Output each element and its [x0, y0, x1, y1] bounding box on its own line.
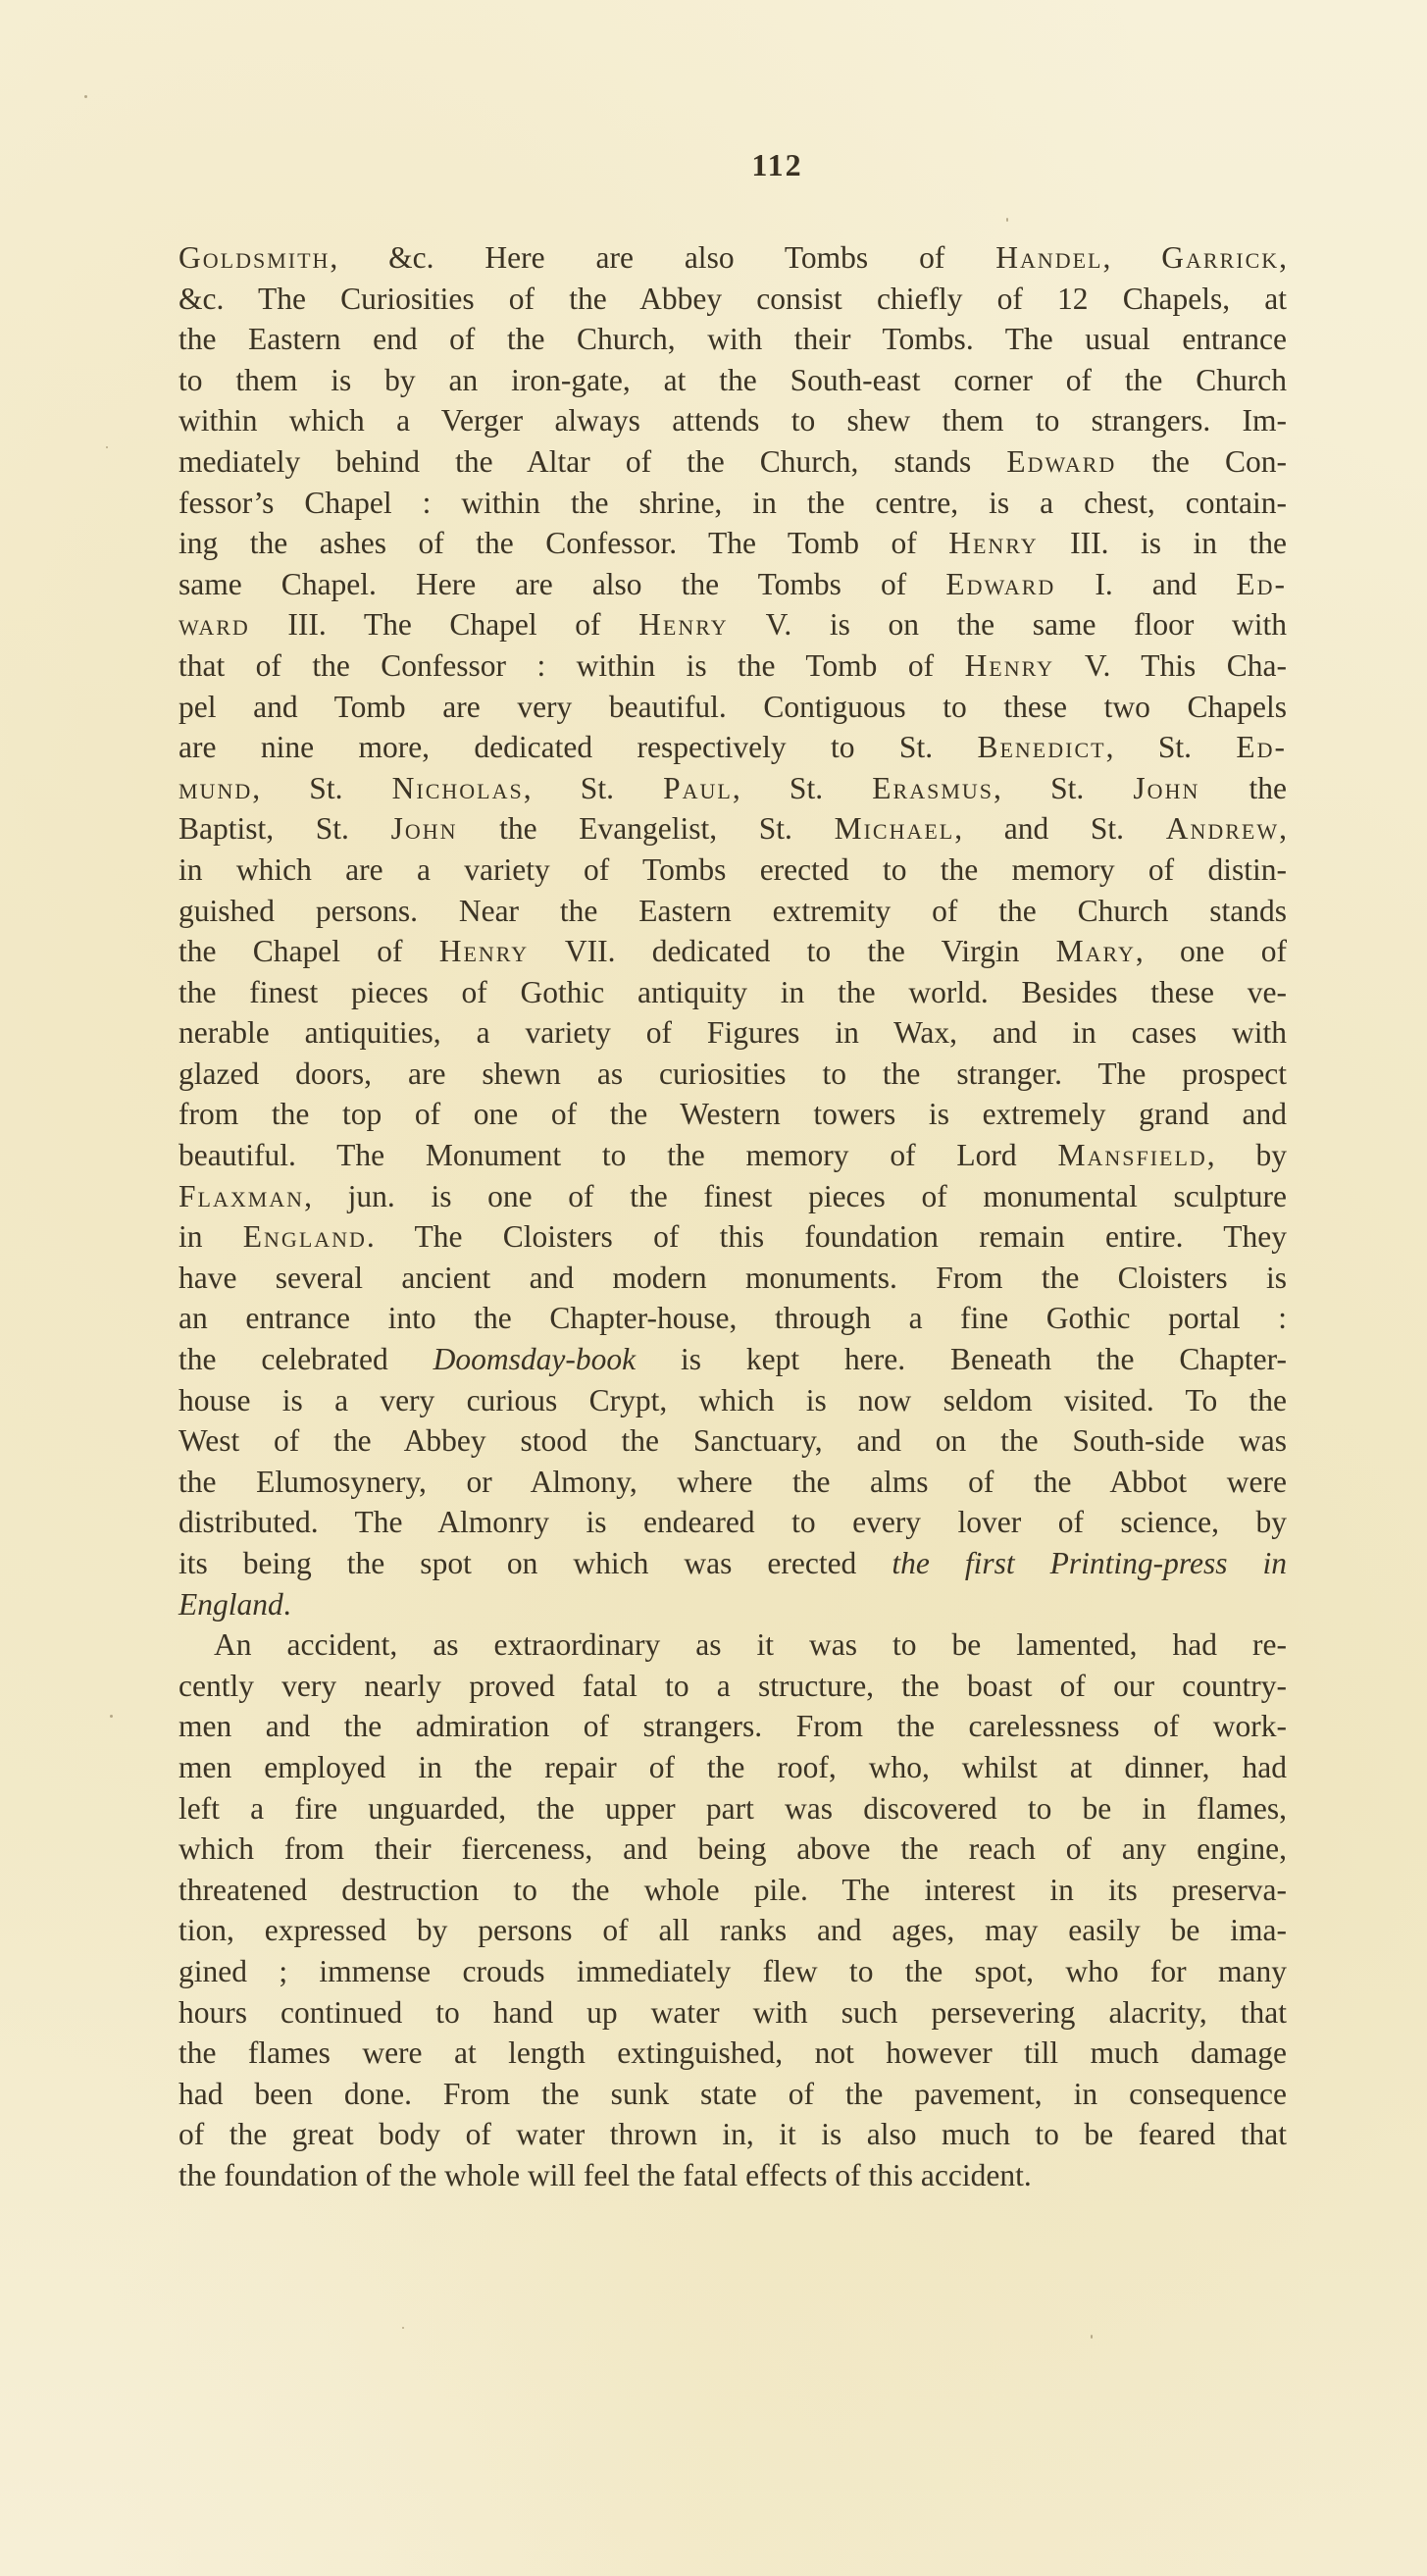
text-line: glazed doors, are shewn as curiosities t…	[178, 1054, 1287, 1095]
small-caps-name: ward	[178, 607, 250, 642]
small-caps-name: Goldsmith	[178, 240, 330, 275]
text-run: III. is in the	[1039, 526, 1287, 560]
text-line: ing the ashes of the Confessor. The Tomb…	[178, 523, 1287, 564]
small-caps-name: Paul	[663, 771, 733, 805]
text-run: mediately behind the Altar of the Church…	[178, 444, 1006, 479]
text-run: the Con-	[1116, 444, 1287, 479]
text-line: to them is by an iron-gate, at the South…	[178, 360, 1287, 401]
text-run: , and St.	[954, 811, 1165, 846]
text-line: house is a very curious Crypt, which is …	[178, 1380, 1287, 1421]
text-line: &c. The Curiosities of the Abbey consist…	[178, 279, 1287, 320]
text-line: which from their fierceness, and being a…	[178, 1829, 1287, 1870]
text-run: of the great body of water thrown in, it…	[178, 2117, 1287, 2151]
text-run: West of the Abbey stood the Sanctuary, a…	[178, 1423, 1287, 1458]
text-run: ,	[1103, 240, 1162, 275]
text-line: ward III. The Chapel of Henry V. is on t…	[178, 604, 1287, 645]
small-caps-name: Flaxman	[178, 1179, 304, 1213]
text-line: gined ; immense crouds immediately flew …	[178, 1951, 1287, 1992]
text-line: fessor’s Chapel : within the shrine, in …	[178, 483, 1287, 524]
text-line: threatened destruction to the whole pile…	[178, 1870, 1287, 1911]
small-caps-name: Henry	[948, 526, 1038, 560]
text-line: beautiful. The Monument to the memory of…	[178, 1135, 1287, 1176]
small-caps-name: Edward	[945, 567, 1055, 601]
italic-text: the first Printing-press in	[892, 1546, 1287, 1580]
text-line: in which are a variety of Tombs erected …	[178, 850, 1287, 891]
text-line: its being the spot on which was erected …	[178, 1543, 1287, 1584]
text-run: same Chapel. Here are also the Tombs of	[178, 567, 945, 601]
text-run: , one of	[1136, 934, 1287, 968]
text-run: the finest pieces of Gothic antiquity in…	[178, 975, 1287, 1009]
small-caps-name: Garrick	[1161, 240, 1279, 275]
text-run: . The Cloisters of this foundation remai…	[367, 1219, 1287, 1254]
text-run: , jun. is one of the finest pieces of mo…	[304, 1179, 1287, 1213]
text-run: men and the admiration of strangers. Fro…	[178, 1709, 1287, 1743]
small-caps-name: John	[391, 811, 458, 846]
text-line: in England. The Cloisters of this founda…	[178, 1216, 1287, 1258]
text-run: the	[1199, 771, 1287, 805]
text-run: hours continued to hand up water with su…	[178, 1995, 1287, 2030]
text-run: V. is on the same floor with	[729, 607, 1287, 642]
small-caps-name: Henry	[439, 934, 529, 968]
text-run: men employed in the repair of the roof, …	[178, 1750, 1287, 1784]
text-line: Flaxman, jun. is one of the finest piece…	[178, 1176, 1287, 1217]
text-run: is kept here. Beneath the Chapter-	[636, 1342, 1287, 1376]
text-run: in	[178, 1219, 243, 1254]
small-caps-name: England	[243, 1219, 367, 1254]
text-line: England.	[178, 1584, 1287, 1625]
text-line: have several ancient and modern monument…	[178, 1258, 1287, 1299]
text-run: its being the spot on which was erected	[178, 1546, 892, 1580]
text-run: within which a Verger always attends to …	[178, 403, 1287, 438]
text-run: from the top of one of the Western tower…	[178, 1097, 1287, 1131]
text-run: , by	[1207, 1138, 1287, 1172]
text-run: I. and	[1055, 567, 1236, 601]
small-caps-name: Mansfield	[1057, 1138, 1206, 1172]
small-caps-name: Ed-	[1236, 730, 1287, 764]
text-line: pel and Tomb are very beautiful. Contigu…	[178, 687, 1287, 728]
paragraph: Goldsmith, &c. Here are also Tombs of Ha…	[178, 237, 1287, 1624]
text-line: mund, St. Nicholas, St. Paul, St. Erasmu…	[178, 768, 1287, 809]
text-line: Baptist, St. John the Evangelist, St. Mi…	[178, 808, 1287, 850]
text-run: ,	[1279, 811, 1287, 846]
text-line: are nine more, dedicated respectively to…	[178, 727, 1287, 768]
text-line: cently very nearly proved fatal to a str…	[178, 1666, 1287, 1707]
text-run: V. This Cha-	[1054, 648, 1287, 683]
text-run: are nine more, dedicated respectively to…	[178, 730, 977, 764]
text-line: the Chapel of Henry VII. dedicated to th…	[178, 931, 1287, 972]
text-run: the Eastern end of the Church, with thei…	[178, 322, 1287, 356]
text-run: the foundation of the whole will feel th…	[178, 2158, 1032, 2192]
text-run: nerable antiquities, a variety of Figure…	[178, 1015, 1287, 1050]
text-run: the celebrated	[178, 1342, 433, 1376]
text-line: men and the admiration of strangers. Fro…	[178, 1706, 1287, 1747]
small-caps-name: Benedict	[977, 730, 1105, 764]
text-line: of the great body of water thrown in, it…	[178, 2114, 1287, 2155]
text-run: , St.	[524, 771, 663, 805]
small-caps-name: Ed-	[1236, 567, 1287, 601]
margin-speck	[84, 95, 87, 98]
text-run: glazed doors, are shewn as curiosities t…	[178, 1056, 1287, 1091]
text-run: &c. The Curiosities of the Abbey consist…	[178, 282, 1287, 316]
text-run: VII. dedicated to the Virgin	[529, 934, 1055, 968]
text-run: in which are a variety of Tombs erected …	[178, 852, 1287, 887]
text-run: that of the Confessor : within is the To…	[178, 648, 965, 683]
text-run: the Elumosynery, or Almony, where the al…	[178, 1465, 1287, 1499]
text-run: which from their fierceness, and being a…	[178, 1831, 1287, 1866]
text-run: the Chapel of	[178, 934, 439, 968]
small-caps-name: Nicholas	[392, 771, 524, 805]
text-line: Goldsmith, &c. Here are also Tombs of Ha…	[178, 237, 1287, 279]
text-run: , &c. Here are also Tombs of	[330, 240, 995, 275]
text-run: ,	[1279, 240, 1287, 275]
text-line: an entrance into the Chapter-house, thro…	[178, 1298, 1287, 1339]
text-line: nerable antiquities, a variety of Figure…	[178, 1012, 1287, 1054]
text-run: to them is by an iron-gate, at the South…	[178, 363, 1287, 397]
small-caps-name: Edward	[1006, 444, 1116, 479]
text-line: the foundation of the whole will feel th…	[178, 2155, 1287, 2196]
margin-speck	[106, 446, 108, 448]
small-caps-name: Erasmus	[872, 771, 994, 805]
body-text: Goldsmith, &c. Here are also Tombs of Ha…	[178, 237, 1287, 2196]
text-line: distributed. The Almonry is endeared to …	[178, 1502, 1287, 1543]
text-run: , St.	[994, 771, 1133, 805]
text-line: West of the Abbey stood the Sanctuary, a…	[178, 1420, 1287, 1462]
text-line: the Elumosynery, or Almony, where the al…	[178, 1462, 1287, 1503]
text-line: the finest pieces of Gothic antiquity in…	[178, 972, 1287, 1013]
text-run: , St.	[252, 771, 391, 805]
margin-speck	[402, 2327, 404, 2329]
text-run: .	[283, 1587, 291, 1622]
small-caps-name: mund	[178, 771, 252, 805]
text-line: An accident, as extraordinary as it was …	[178, 1624, 1287, 1666]
italic-text: Doomsday-book	[433, 1342, 636, 1376]
margin-speck	[110, 1715, 113, 1718]
text-run: left a fire unguarded, the upper part wa…	[178, 1791, 1287, 1826]
text-run: the flames were at length extinguished, …	[178, 2035, 1287, 2070]
text-run: had been done. From the sunk state of th…	[178, 2077, 1287, 2111]
text-line: the celebrated Doomsday-book is kept her…	[178, 1339, 1287, 1380]
margin-speck	[1091, 2335, 1093, 2339]
text-line: same Chapel. Here are also the Tombs of …	[178, 564, 1287, 605]
text-run: the Evangelist, St.	[458, 811, 835, 846]
italic-text: England	[178, 1587, 283, 1622]
text-run: pel and Tomb are very beautiful. Contigu…	[178, 690, 1287, 724]
text-run: III. The Chapel of	[250, 607, 638, 642]
text-run: An accident, as extraordinary as it was …	[214, 1627, 1287, 1662]
text-run: cently very nearly proved fatal to a str…	[178, 1669, 1287, 1703]
text-line: had been done. From the sunk state of th…	[178, 2074, 1287, 2115]
text-line: from the top of one of the Western tower…	[178, 1094, 1287, 1135]
small-caps-name: Henry	[965, 648, 1054, 683]
text-run: gined ; immense crouds immediately flew …	[178, 1954, 1287, 1988]
text-line: tion, expressed by persons of all ranks …	[178, 1910, 1287, 1951]
text-line: mediately behind the Altar of the Church…	[178, 441, 1287, 483]
text-line: the flames were at length extinguished, …	[178, 2033, 1287, 2074]
text-line: hours continued to hand up water with su…	[178, 1992, 1287, 2034]
text-run: an entrance into the Chapter-house, thro…	[178, 1301, 1287, 1335]
text-line: left a fire unguarded, the upper part wa…	[178, 1788, 1287, 1829]
small-caps-name: Michael	[835, 811, 955, 846]
text-run: , St.	[733, 771, 872, 805]
text-line: guished persons. Near the Eastern extrem…	[178, 891, 1287, 932]
text-run: ing the ashes of the Confessor. The Tomb…	[178, 526, 948, 560]
paragraph: An accident, as extraordinary as it was …	[178, 1624, 1287, 2195]
text-line: within which a Verger always attends to …	[178, 400, 1287, 441]
text-run: have several ancient and modern monument…	[178, 1261, 1287, 1295]
text-run: guished persons. Near the Eastern extrem…	[178, 894, 1287, 928]
text-line: the Eastern end of the Church, with thei…	[178, 319, 1287, 360]
small-caps-name: Andrew	[1166, 811, 1279, 846]
text-run: Baptist, St.	[178, 811, 391, 846]
text-run: distributed. The Almonry is endeared to …	[178, 1505, 1287, 1539]
margin-speck	[1006, 218, 1008, 222]
text-line: men employed in the repair of the roof, …	[178, 1747, 1287, 1788]
text-run: threatened destruction to the whole pile…	[178, 1873, 1287, 1907]
text-run: fessor’s Chapel : within the shrine, in …	[178, 486, 1287, 520]
text-run: house is a very curious Crypt, which is …	[178, 1383, 1287, 1417]
text-run: tion, expressed by persons of all ranks …	[178, 1913, 1287, 1947]
small-caps-name: Mary	[1056, 934, 1136, 968]
page-number: 112	[0, 147, 1427, 183]
text-run: beautiful. The Monument to the memory of…	[178, 1138, 1057, 1172]
text-run: , St.	[1106, 730, 1237, 764]
small-caps-name: John	[1133, 771, 1199, 805]
small-caps-name: Handel	[995, 240, 1102, 275]
text-line: that of the Confessor : within is the To…	[178, 645, 1287, 687]
small-caps-name: Henry	[638, 607, 728, 642]
